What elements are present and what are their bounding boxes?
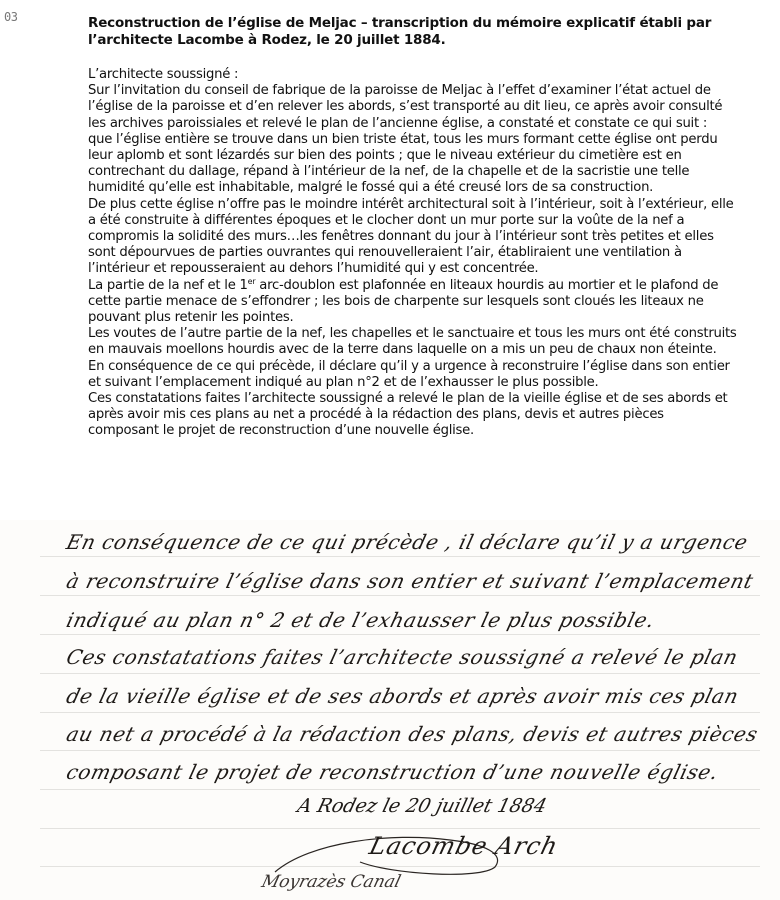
ruled-line bbox=[40, 712, 760, 713]
manuscript-line: indiqué au plan n° 2 et de l’exhausser l… bbox=[64, 608, 760, 632]
ruled-line bbox=[40, 673, 760, 674]
paragraph: Sur l’invitation du conseil de fabrique … bbox=[88, 83, 738, 132]
page-number: 03 bbox=[4, 10, 17, 24]
paragraph: L’architecte soussigné : bbox=[88, 67, 738, 83]
manuscript-line: composant le projet de reconstruction d’… bbox=[64, 760, 760, 784]
ruled-line bbox=[40, 750, 760, 751]
paragraph: Ces constatations faites l’architecte so… bbox=[88, 391, 738, 440]
paragraph-arc-doublon: La partie de la nef et le 1er arc-doublo… bbox=[88, 278, 738, 327]
second-signature: Moyrazès Canal bbox=[260, 872, 403, 892]
transcription-body: L’architecte soussigné : Sur l’invitatio… bbox=[88, 67, 738, 440]
manuscript-date: A Rodez le 20 juillet 1884 bbox=[295, 795, 549, 817]
manuscript-line: En conséquence de ce qui précède , il dé… bbox=[64, 530, 760, 554]
ruled-line bbox=[40, 789, 760, 790]
manuscript-line: de la vieille église et de ses abords et… bbox=[64, 684, 760, 708]
paragraph: De plus cette église n’offre pas le moin… bbox=[88, 197, 738, 278]
paragraph: En conséquence de ce qui précède, il déc… bbox=[88, 359, 738, 391]
manuscript-line: Ces constatations faites l’architecte so… bbox=[64, 645, 760, 669]
architect-signature: Lacombe Arch bbox=[367, 832, 562, 860]
document-title: Reconstruction de l’église de Meljac – t… bbox=[88, 15, 738, 49]
manuscript-line: à reconstruire l’église dans son entier … bbox=[64, 569, 760, 593]
ruled-line bbox=[40, 556, 760, 557]
text: La partie de la nef et le 1 bbox=[88, 278, 248, 293]
paragraph: que l’église entière se trouve dans un b… bbox=[88, 132, 738, 197]
ruled-line bbox=[40, 634, 760, 635]
paragraph: Les voutes de l’autre partie de la nef, … bbox=[88, 326, 738, 358]
manuscript-line: au net a procédé à la rédaction des plan… bbox=[64, 722, 760, 746]
ruled-line bbox=[40, 595, 760, 596]
